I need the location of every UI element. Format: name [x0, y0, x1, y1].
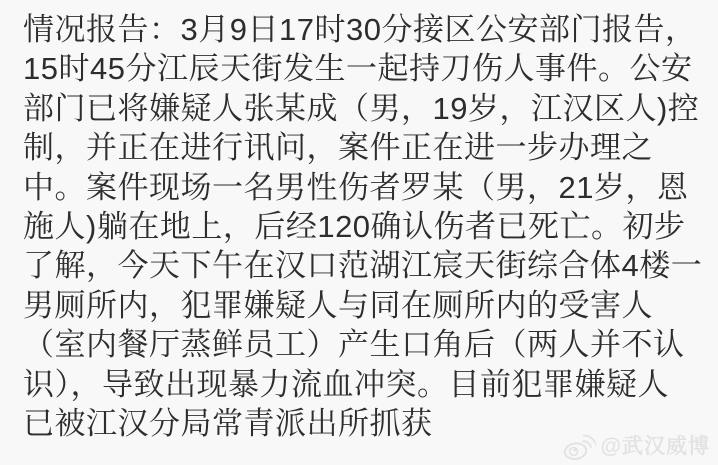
report-line: 制，并正在进行讯问，案件正在进一步办理之: [23, 128, 708, 167]
report-line: 男厕所内，犯罪嫌疑人与同在厕所内的受害人: [23, 286, 708, 325]
report-line: 中。案件现场一名男性伤者罗某（男，21岁，恩: [23, 168, 708, 207]
report-line: 部门已将嫌疑人张某成（男，19岁，江汉区人)控: [23, 89, 708, 128]
watermark-handle: @武汉威博: [601, 436, 710, 457]
report-line: 识），导致出现暴力流血冲突。目前犯罪嫌疑人: [23, 365, 708, 404]
report-line: 了解，今天下午在汉口范湖江宸天街综合体4楼一: [23, 246, 708, 285]
report-line: 施人)躺在地上，后经120确认伤者已死亡。初步: [23, 207, 708, 246]
report-line: （室内餐厅蒸鲜员工）产生口角后（两人并不认: [23, 325, 708, 364]
report-text: 情况报告：3月9日17时30分接区公安部门报告， 15时45分江辰天街发生一起持…: [23, 10, 708, 443]
report-image: 情况报告：3月9日17时30分接区公安部门报告， 15时45分江辰天街发生一起持…: [0, 0, 718, 465]
report-line: 15时45分江辰天街发生一起持刀伤人事件。公安: [23, 49, 708, 88]
weibo-icon: [560, 430, 598, 462]
weibo-watermark: @武汉威博: [562, 432, 710, 460]
report-line: 情况报告：3月9日17时30分接区公安部门报告，: [23, 10, 708, 49]
